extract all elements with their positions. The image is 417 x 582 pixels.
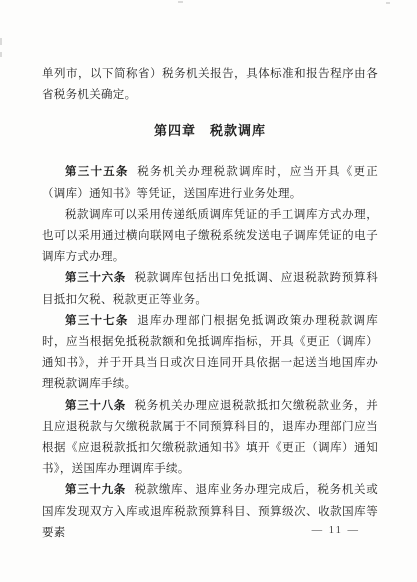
scan-artifact <box>0 52 2 57</box>
article-number: 第三十八条 <box>65 400 126 412</box>
scan-artifact <box>0 38 2 45</box>
scan-artifact <box>386 2 390 4</box>
article-number: 第三十六条 <box>65 272 126 284</box>
paragraph-article-35: 第三十五条税务机关办理税款调库时，应当开具《更正（调库）通知书》等凭证，送国库进… <box>42 162 378 204</box>
article-text: 税款调库可以采用传递纸质调库凭证的手工调库方式办理，也可以采用通过横向联网电子缴… <box>42 209 378 263</box>
page-content: 单列市，以下简称省）税务机关报告，具体标准和报告程序由各省税务机关确定。 第四章… <box>42 64 378 544</box>
article-number: 第三十五条 <box>65 166 129 178</box>
paragraph-article-38: 第三十八条税务机关办理应退税款抵扣欠缴税款业务，并且应退税款与欠缴税款属于不同预… <box>42 396 378 481</box>
article-number: 第三十九条 <box>65 484 126 496</box>
paragraph-article-36: 第三十六条税款调库包括出口免抵调、应退税款跨预算科目抵扣欠税、税款更正等业务。 <box>42 268 378 310</box>
paragraph-continuation: 单列市，以下简称省）税务机关报告，具体标准和报告程序由各省税务机关确定。 <box>42 64 378 106</box>
document-page: 单列市，以下简称省）税务机关报告，具体标准和报告程序由各省税务机关确定。 第四章… <box>0 0 417 582</box>
paragraph-article-37: 第三十七条退库办理部门根据免抵调政策办理税款调库时，应当根据免抵税款额和免抵调库… <box>42 311 378 396</box>
chapter-heading: 第四章 税款调库 <box>42 120 378 142</box>
scan-artifact <box>178 1 183 3</box>
page-number: — 11 — <box>312 525 360 536</box>
paragraph-article-35-2: 税款调库可以采用传递纸质调库凭证的手工调库方式办理，也可以采用通过横向联网电子缴… <box>42 205 378 269</box>
article-number: 第三十七条 <box>65 315 129 327</box>
